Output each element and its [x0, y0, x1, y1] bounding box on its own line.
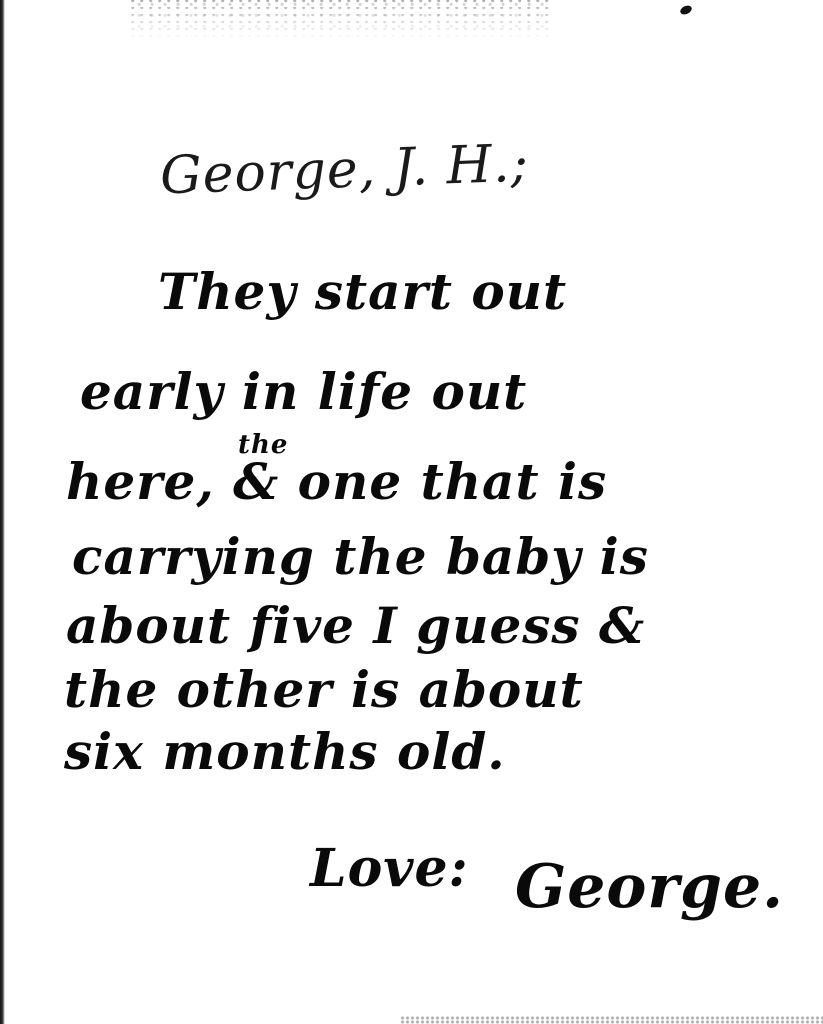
body-line-7: six months old. [64, 722, 506, 781]
scanned-note-page: George, J. H.; They start out early in l… [0, 0, 823, 1024]
body-line-6: the other is about [64, 660, 584, 719]
scan-left-edge [0, 0, 5, 1024]
closing: Love: [310, 838, 469, 899]
body-line-2: early in life out [80, 362, 527, 421]
signature: George. [515, 852, 784, 922]
salutation: George, J. H.; [159, 134, 530, 207]
body-line-1: They start out [158, 262, 567, 321]
body-line-3: here, & one that is [66, 452, 607, 511]
body-line-4: carrying the baby is [72, 527, 649, 586]
scan-noise-bottom [400, 1016, 823, 1024]
scan-ink-blot [679, 4, 693, 16]
body-line-5: about five I guess & [66, 596, 645, 655]
scan-noise-top [130, 0, 550, 40]
